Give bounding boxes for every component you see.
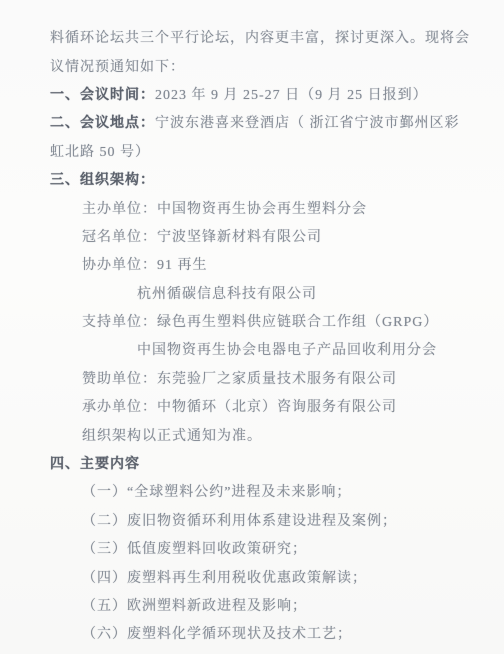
agenda-item-4-text: （四）废塑料再生利用税收优惠政策解读； [82,567,367,587]
section-1-meeting-time: 一、会议时间： 2023 年 9 月 25-27 日（9 月 25 日报到） [50,80,458,108]
scanned-notice-page: 料循环论坛共三个平行论坛，内容更丰富，探讨更深入。现将会 议情况预通知如下： 一… [0,0,504,654]
org-note-text: 组织架构以正式通知为准。 [82,425,262,445]
org-supporting-line: 支持单位：绿色再生塑料供应链联合工作组（GRPG） [50,307,458,335]
agenda-item-3: （三）低值废塑料回收政策研究； [50,534,458,562]
org-supporting-text: 支持单位：绿色再生塑料供应链联合工作组（GRPG） [82,311,438,331]
section-2-meeting-venue: 二、会议地点： 宁波东港喜来登酒店（ 浙江省宁波市鄞州区彩 [50,108,458,136]
agenda-item-6: （六）废塑料化学循环现状及技术工艺； [50,619,458,647]
section-4-main-content-heading: 四、主要内容 [50,449,458,477]
agenda-item-4: （四）废塑料再生利用税收优惠政策解读； [50,562,458,590]
section-1-heading: 一、会议时间： [50,84,155,104]
org-host-line: 主办单位：中国物资再生协会再生塑料分会 [50,193,458,221]
agenda-item-3-text: （三）低值废塑料回收政策研究； [82,538,307,558]
agenda-item-5-text: （五）欧洲塑料新政进程及影响； [82,595,307,615]
org-co-organizer-line: 协办单位：91 再生 [50,250,458,278]
intro-line-1-text: 料循环论坛共三个平行论坛，内容更丰富，探讨更深入。现将会 [50,27,470,47]
org-supporting-continuation-text: 中国物资再生协会电器电子产品回收利用分会 [137,339,437,359]
org-undertaker-line: 承办单位：中物循环（北京）咨询服务有限公司 [50,392,458,420]
venue-continuation: 虹北路 50 号） [50,137,458,165]
section-3-organization-heading: 三、组织架构： [50,165,458,193]
org-title-sponsor-line: 冠名单位：宁波坚锋新材料有限公司 [50,222,458,250]
agenda-item-2-text: （二）废旧物资循环利用体系建设进程及案例； [82,510,397,530]
venue-continuation-text: 虹北路 50 号） [50,141,150,161]
section-4-heading: 四、主要内容 [50,453,140,473]
org-title-sponsor-text: 冠名单位：宁波坚锋新材料有限公司 [82,226,322,246]
org-note-line: 组织架构以正式通知为准。 [50,420,458,448]
agenda-item-2: （二）废旧物资循环利用体系建设进程及案例； [50,506,458,534]
section-2-heading: 二、会议地点： [50,112,155,132]
intro-line-2-text: 议情况预通知如下： [50,56,185,76]
org-co-organizer-continuation-text: 杭州循碳信息科技有限公司 [137,283,317,303]
org-sponsor-text: 赞助单位：东莞验厂之家质量技术服务有限公司 [82,368,397,388]
org-host-text: 主办单位：中国物资再生协会再生塑料分会 [82,198,367,218]
agenda-item-1-text: （一）“全球塑料公约”进程及未来影响； [82,481,351,501]
agenda-item-6-text: （六）废塑料化学循环现状及技术工艺； [82,623,352,643]
org-co-organizer-continuation: 杭州循碳信息科技有限公司 [50,279,458,307]
org-sponsor-line: 赞助单位：东莞验厂之家质量技术服务有限公司 [50,364,458,392]
org-co-organizer-text: 协办单位：91 再生 [82,254,208,274]
notice-body: 料循环论坛共三个平行论坛，内容更丰富，探讨更深入。现将会 议情况预通知如下： 一… [0,0,504,648]
intro-line-1: 料循环论坛共三个平行论坛，内容更丰富，探讨更深入。现将会 [50,23,458,51]
intro-line-2: 议情况预通知如下： [50,51,458,79]
org-undertaker-text: 承办单位：中物循环（北京）咨询服务有限公司 [82,396,397,416]
meeting-venue-value: 宁波东港喜来登酒店（ 浙江省宁波市鄞州区彩 [155,112,460,132]
meeting-time-value: 2023 年 9 月 25-27 日（9 月 25 日报到） [155,84,428,104]
section-3-heading: 三、组织架构： [50,169,155,189]
agenda-item-5: （五）欧洲塑料新政进程及影响； [50,591,458,619]
org-supporting-continuation: 中国物资再生协会电器电子产品回收利用分会 [50,335,458,363]
agenda-item-1: （一）“全球塑料公约”进程及未来影响； [50,477,458,505]
